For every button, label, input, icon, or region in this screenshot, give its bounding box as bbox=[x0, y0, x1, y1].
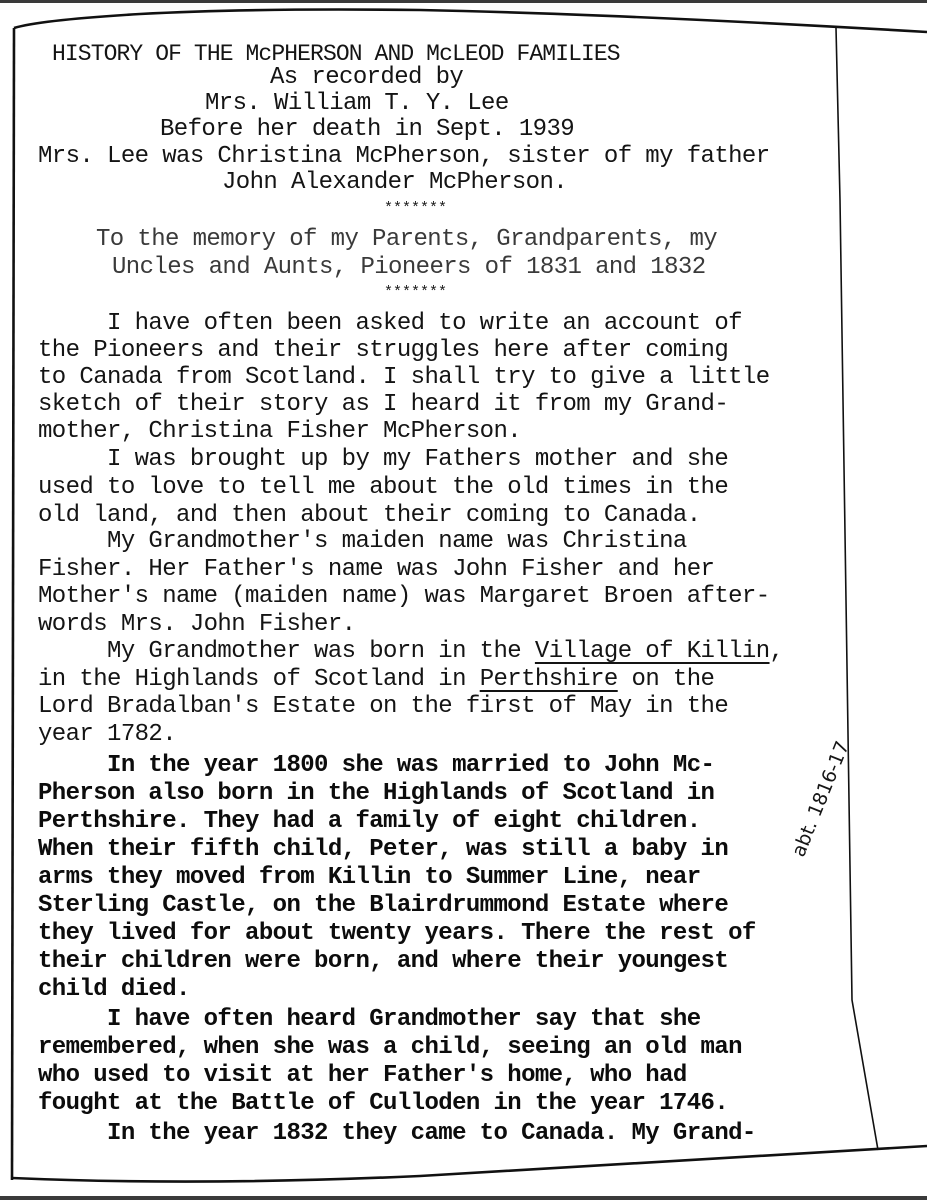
scan-bottom-edge bbox=[0, 1196, 927, 1200]
dedication-line-1: To the memory of my Parents, Grandparent… bbox=[96, 226, 717, 254]
text-line: My Grandmother's maiden name was Christi… bbox=[38, 528, 687, 556]
text-line: to Canada from Scotland. I shall try to … bbox=[38, 364, 770, 392]
text-segment: on the bbox=[618, 666, 715, 693]
text-line: Lord Bradalban's Estate on the first of … bbox=[38, 693, 728, 721]
text-line: sketch of their story as I heard it from… bbox=[38, 391, 728, 419]
text-line: in the Highlands of Scotland in Perthshi… bbox=[38, 666, 714, 694]
text-line: Sterling Castle, on the Blairdrummond Es… bbox=[38, 892, 728, 920]
text-line: old land, and then about their coming to… bbox=[38, 502, 701, 530]
text-line: Mother's name (maiden name) was Margaret… bbox=[38, 583, 770, 611]
heading-recorded-by: As recorded by bbox=[270, 64, 463, 92]
text-line: child died. bbox=[38, 976, 190, 1004]
text-line: I have often been asked to write an acco… bbox=[38, 310, 742, 338]
text-segment: My Grandmother was born in the bbox=[38, 638, 535, 665]
text-line: who used to visit at her Father's home, … bbox=[38, 1062, 687, 1090]
text-line: arms they moved from Killin to Summer Li… bbox=[38, 864, 701, 892]
text-line: used to love to tell me about the old ti… bbox=[38, 474, 728, 502]
underlined-place-perthshire: Perthshire bbox=[480, 666, 618, 693]
text-line: remembered, when she was a child, seeing… bbox=[38, 1034, 742, 1062]
heading-father-name: John Alexander McPherson. bbox=[222, 169, 567, 197]
typewritten-page: HISTORY OF THE McPHERSON AND McLEOD FAMI… bbox=[0, 0, 927, 1200]
underlined-place-killin: Village of Killin bbox=[535, 638, 770, 665]
heading-author: Mrs. William T. Y. Lee bbox=[205, 90, 509, 118]
text-line: Pherson also born in the Highlands of Sc… bbox=[38, 780, 714, 808]
text-line: In the year 1832 they came to Canada. My… bbox=[38, 1120, 756, 1148]
dedication-line-2: Uncles and Aunts, Pioneers of 1831 and 1… bbox=[112, 254, 706, 282]
text-line: Perthshire. They had a family of eight c… bbox=[38, 808, 701, 836]
text-line: year 1782. bbox=[38, 721, 176, 749]
heading-relation: Mrs. Lee was Christina McPherson, sister… bbox=[38, 143, 770, 171]
text-line: the Pioneers and their struggles here af… bbox=[38, 337, 728, 365]
text-line: they lived for about twenty years. There… bbox=[38, 920, 756, 948]
text-line: Fisher. Her Father's name was John Fishe… bbox=[38, 556, 714, 584]
text-line: I have often heard Grandmother say that … bbox=[38, 1006, 701, 1034]
text-line: My Grandmother was born in the Village o… bbox=[38, 638, 783, 666]
divider-asterisks: ******* bbox=[384, 284, 447, 301]
text-segment: , bbox=[770, 638, 784, 665]
text-line: their children were born, and where thei… bbox=[38, 948, 728, 976]
text-line: words Mrs. John Fisher. bbox=[38, 611, 355, 639]
text-line: mother, Christina Fisher McPherson. bbox=[38, 418, 521, 446]
text-segment: in the Highlands of Scotland in bbox=[38, 666, 480, 693]
divider-asterisks: ******* bbox=[384, 200, 447, 217]
text-line: I was brought up by my Fathers mother an… bbox=[38, 446, 728, 474]
heading-death-date: Before her death in Sept. 1939 bbox=[160, 116, 574, 144]
handwritten-margin-note: abt. 1816-17 bbox=[788, 738, 854, 860]
text-line: fought at the Battle of Culloden in the … bbox=[38, 1090, 728, 1118]
text-line: When their fifth child, Peter, was still… bbox=[38, 836, 728, 864]
text-line: In the year 1800 she was married to John… bbox=[38, 752, 714, 780]
